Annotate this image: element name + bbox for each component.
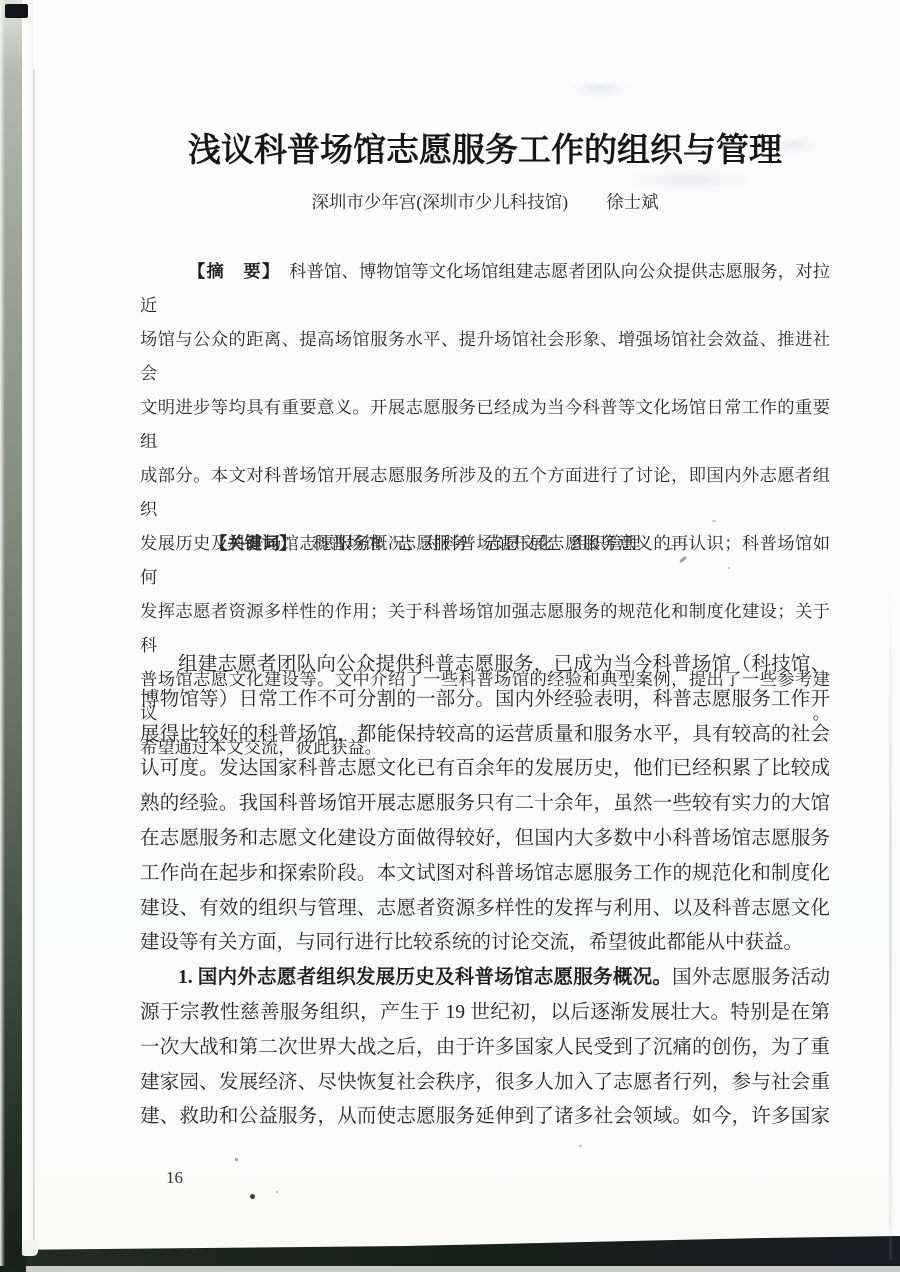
body-line: 展得比较好的科普场馆，都能保持较高的运营质量和服务水平，具有较高的社会 xyxy=(140,718,830,753)
body-text-block: 组建志愿者团队向公众提供科普志愿服务，已成为当今科普场馆（科技馆、博物馆等）日常… xyxy=(140,648,830,1135)
abstract-line-bold-run: 【摘 要】 xyxy=(188,262,272,281)
byline-author: 徐士斌 xyxy=(606,189,659,214)
body-line-text-run: 工作尚在起步和探索阶段。本文试图对科普场馆志愿服务工作的规范化和制度化 xyxy=(140,863,830,884)
body-line-text-run: 一次大战和第二次世界大战之后，由于许多国家人民受到了沉痛的创伤，为了重 xyxy=(140,1037,830,1058)
body-line-text-run: 博物馆等）日常工作不可分割的一部分。国内外经验表明，科普志愿服务工作开 xyxy=(140,689,830,710)
body-line: 在志愿服务和志愿文化建设方面做得较好，但国内大多数中小科普场馆志愿服务 xyxy=(140,822,830,857)
body-line-text-run: 国外志愿服务活动 xyxy=(672,967,830,988)
body-line-text-run: 建、救助和公益服务，从而使志愿服务延伸到了诸多社会领域。如今，许多国家 xyxy=(140,1106,830,1127)
ink-speck xyxy=(276,1191,278,1193)
body-line: 一次大战和第二次世界大战之后，由于许多国家人民受到了沉痛的创伤，为了重 xyxy=(140,1031,830,1066)
body-line: 工作尚在起步和探索阶段。本文试图对科普场馆志愿服务工作的规范化和制度化 xyxy=(140,857,830,892)
body-line: 建设等有关方面，与同行进行比较系统的讨论交流，希望彼此都能从中获益。 xyxy=(140,926,830,961)
page-title: 浅议科普场馆志愿服务工作的组织与管理 xyxy=(140,124,830,171)
body-line-text-run: 熟的经验。我国科普场馆开展志愿服务只有二十余年，虽然一些较有实力的大馆 xyxy=(140,793,830,814)
scan-bottom-strip xyxy=(26,1266,900,1272)
byline-affiliation: 深圳市少年宫(深圳市少儿科技馆) xyxy=(311,189,568,214)
keywords-terms: 科普场馆 志愿服务 志愿文化 组织管理 xyxy=(312,534,640,553)
body-line-text-run: 建设等有关方面，与同行进行比较系统的讨论交流，希望彼此都能从中获益。 xyxy=(140,932,803,953)
body-line: 博物馆等）日常工作不可分割的一部分。国内外经验表明，科普志愿服务工作开 xyxy=(140,683,830,718)
body-line: 组建志愿者团队向公众提供科普志愿服务，已成为当今科普场馆（科技馆、 xyxy=(140,648,830,683)
abstract-line: 场馆与公众的距离、提高场馆服务水平、提升场馆社会形象、增强场馆社会效益、推进社会 xyxy=(140,323,830,391)
abstract-line: 成部分。本文对科普场馆开展志愿服务所涉及的五个方面进行了讨论，即国内外志愿者组织 xyxy=(140,459,830,527)
scan-left-edge xyxy=(0,0,22,1266)
ink-speck xyxy=(250,1194,255,1199)
body-line-text-run: 组建志愿者团队向公众提供科普志愿服务，已成为当今科普场馆（科技馆、 xyxy=(178,654,830,675)
body-line-text-run: 认可度。发达国家科普志愿文化已有百余年的发展历史，他们已经积累了比较成 xyxy=(140,758,830,779)
scan-corner-mark xyxy=(5,4,28,18)
ink-speck xyxy=(579,1145,582,1147)
body-line: 建家园、发展经济、尽快恢复社会秩序，很多人加入了志愿者行列，参与社会重 xyxy=(140,1066,830,1101)
body-line: 1. 国内外志愿者组织发展历史及科普场馆志愿服务概况。国外志愿服务活动 xyxy=(140,961,830,996)
body-line-text-run: 建家园、发展经济、尽快恢复社会秩序，很多人加入了志愿者行列，参与社会重 xyxy=(140,1072,830,1093)
body-line: 建、救助和公益服务，从而使志愿服务延伸到了诸多社会领域。如今，许多国家 xyxy=(140,1100,830,1135)
body-line-text-run: 源于宗教性慈善服务组织，产生于 19 世纪初，以后逐渐发展壮大。特别是在第 xyxy=(140,1002,830,1023)
body-line-bold-run: 1. 国内外志愿者组织发展历史及科普场馆志愿服务概况。 xyxy=(178,967,672,988)
body-line-text-run: 展得比较好的科普场馆，都能保持较高的运营质量和服务水平，具有较高的社会 xyxy=(140,724,830,745)
ink-bleed-ghost xyxy=(568,82,632,96)
abstract-line: 【摘 要】 科普馆、博物馆等文化场馆组建志愿者团队向公众提供志愿服务，对拉近 xyxy=(140,255,830,323)
body-line: 源于宗教性慈善服务组织，产生于 19 世纪初，以后逐渐发展壮大。特别是在第 xyxy=(140,996,830,1031)
abstract-line-text-run: 文明进步等均具有重要意义。开展志愿服务已经成为当今科普等文化场馆日常工作的重要组 xyxy=(140,398,830,451)
keywords-line: 【关键词】科普场馆 志愿服务 志愿文化 组织管理 xyxy=(140,527,830,561)
byline: 深圳市少年宫(深圳市少儿科技馆) 徐士斌 xyxy=(140,189,830,214)
abstract-line: 文明进步等均具有重要意义。开展志愿服务已经成为当今科普等文化场馆日常工作的重要组 xyxy=(140,391,830,459)
body-line-text-run: 在志愿服务和志愿文化建设方面做得较好，但国内大多数中小科普场馆志愿服务 xyxy=(140,828,830,849)
body-line: 认可度。发达国家科普志愿文化已有百余年的发展历史，他们已经积累了比较成 xyxy=(140,752,830,787)
keywords-label: 【关键词】 xyxy=(210,534,296,553)
page-edge-tab xyxy=(20,1240,38,1256)
page-left-edge-shadow xyxy=(33,70,35,1240)
ink-speck xyxy=(235,1158,238,1161)
body-line-text-run: 建设、有效的组织与管理、志愿者资源多样性的发挥与利用、以及科普志愿文化 xyxy=(140,898,830,919)
page-number: 16 xyxy=(166,1168,183,1188)
abstract-line-text-run: 成部分。本文对科普场馆开展志愿服务所涉及的五个方面进行了讨论，即国内外志愿者组织 xyxy=(140,466,830,519)
abstract-line-text-run: 场馆与公众的距离、提高场馆服务水平、提升场馆社会形象、增强场馆社会效益、推进社会 xyxy=(140,330,830,383)
scan-right-edge xyxy=(889,580,892,1260)
body-line: 熟的经验。我国科普场馆开展志愿服务只有二十余年，虽然一些较有实力的大馆 xyxy=(140,787,830,822)
body-line: 建设、有效的组织与管理、志愿者资源多样性的发挥与利用、以及科普志愿文化 xyxy=(140,892,830,927)
ink-bleed-ghost xyxy=(624,170,754,190)
scanned-page: 浅议科普场馆志愿服务工作的组织与管理 深圳市少年宫(深圳市少儿科技馆) 徐士斌 … xyxy=(0,0,900,1272)
